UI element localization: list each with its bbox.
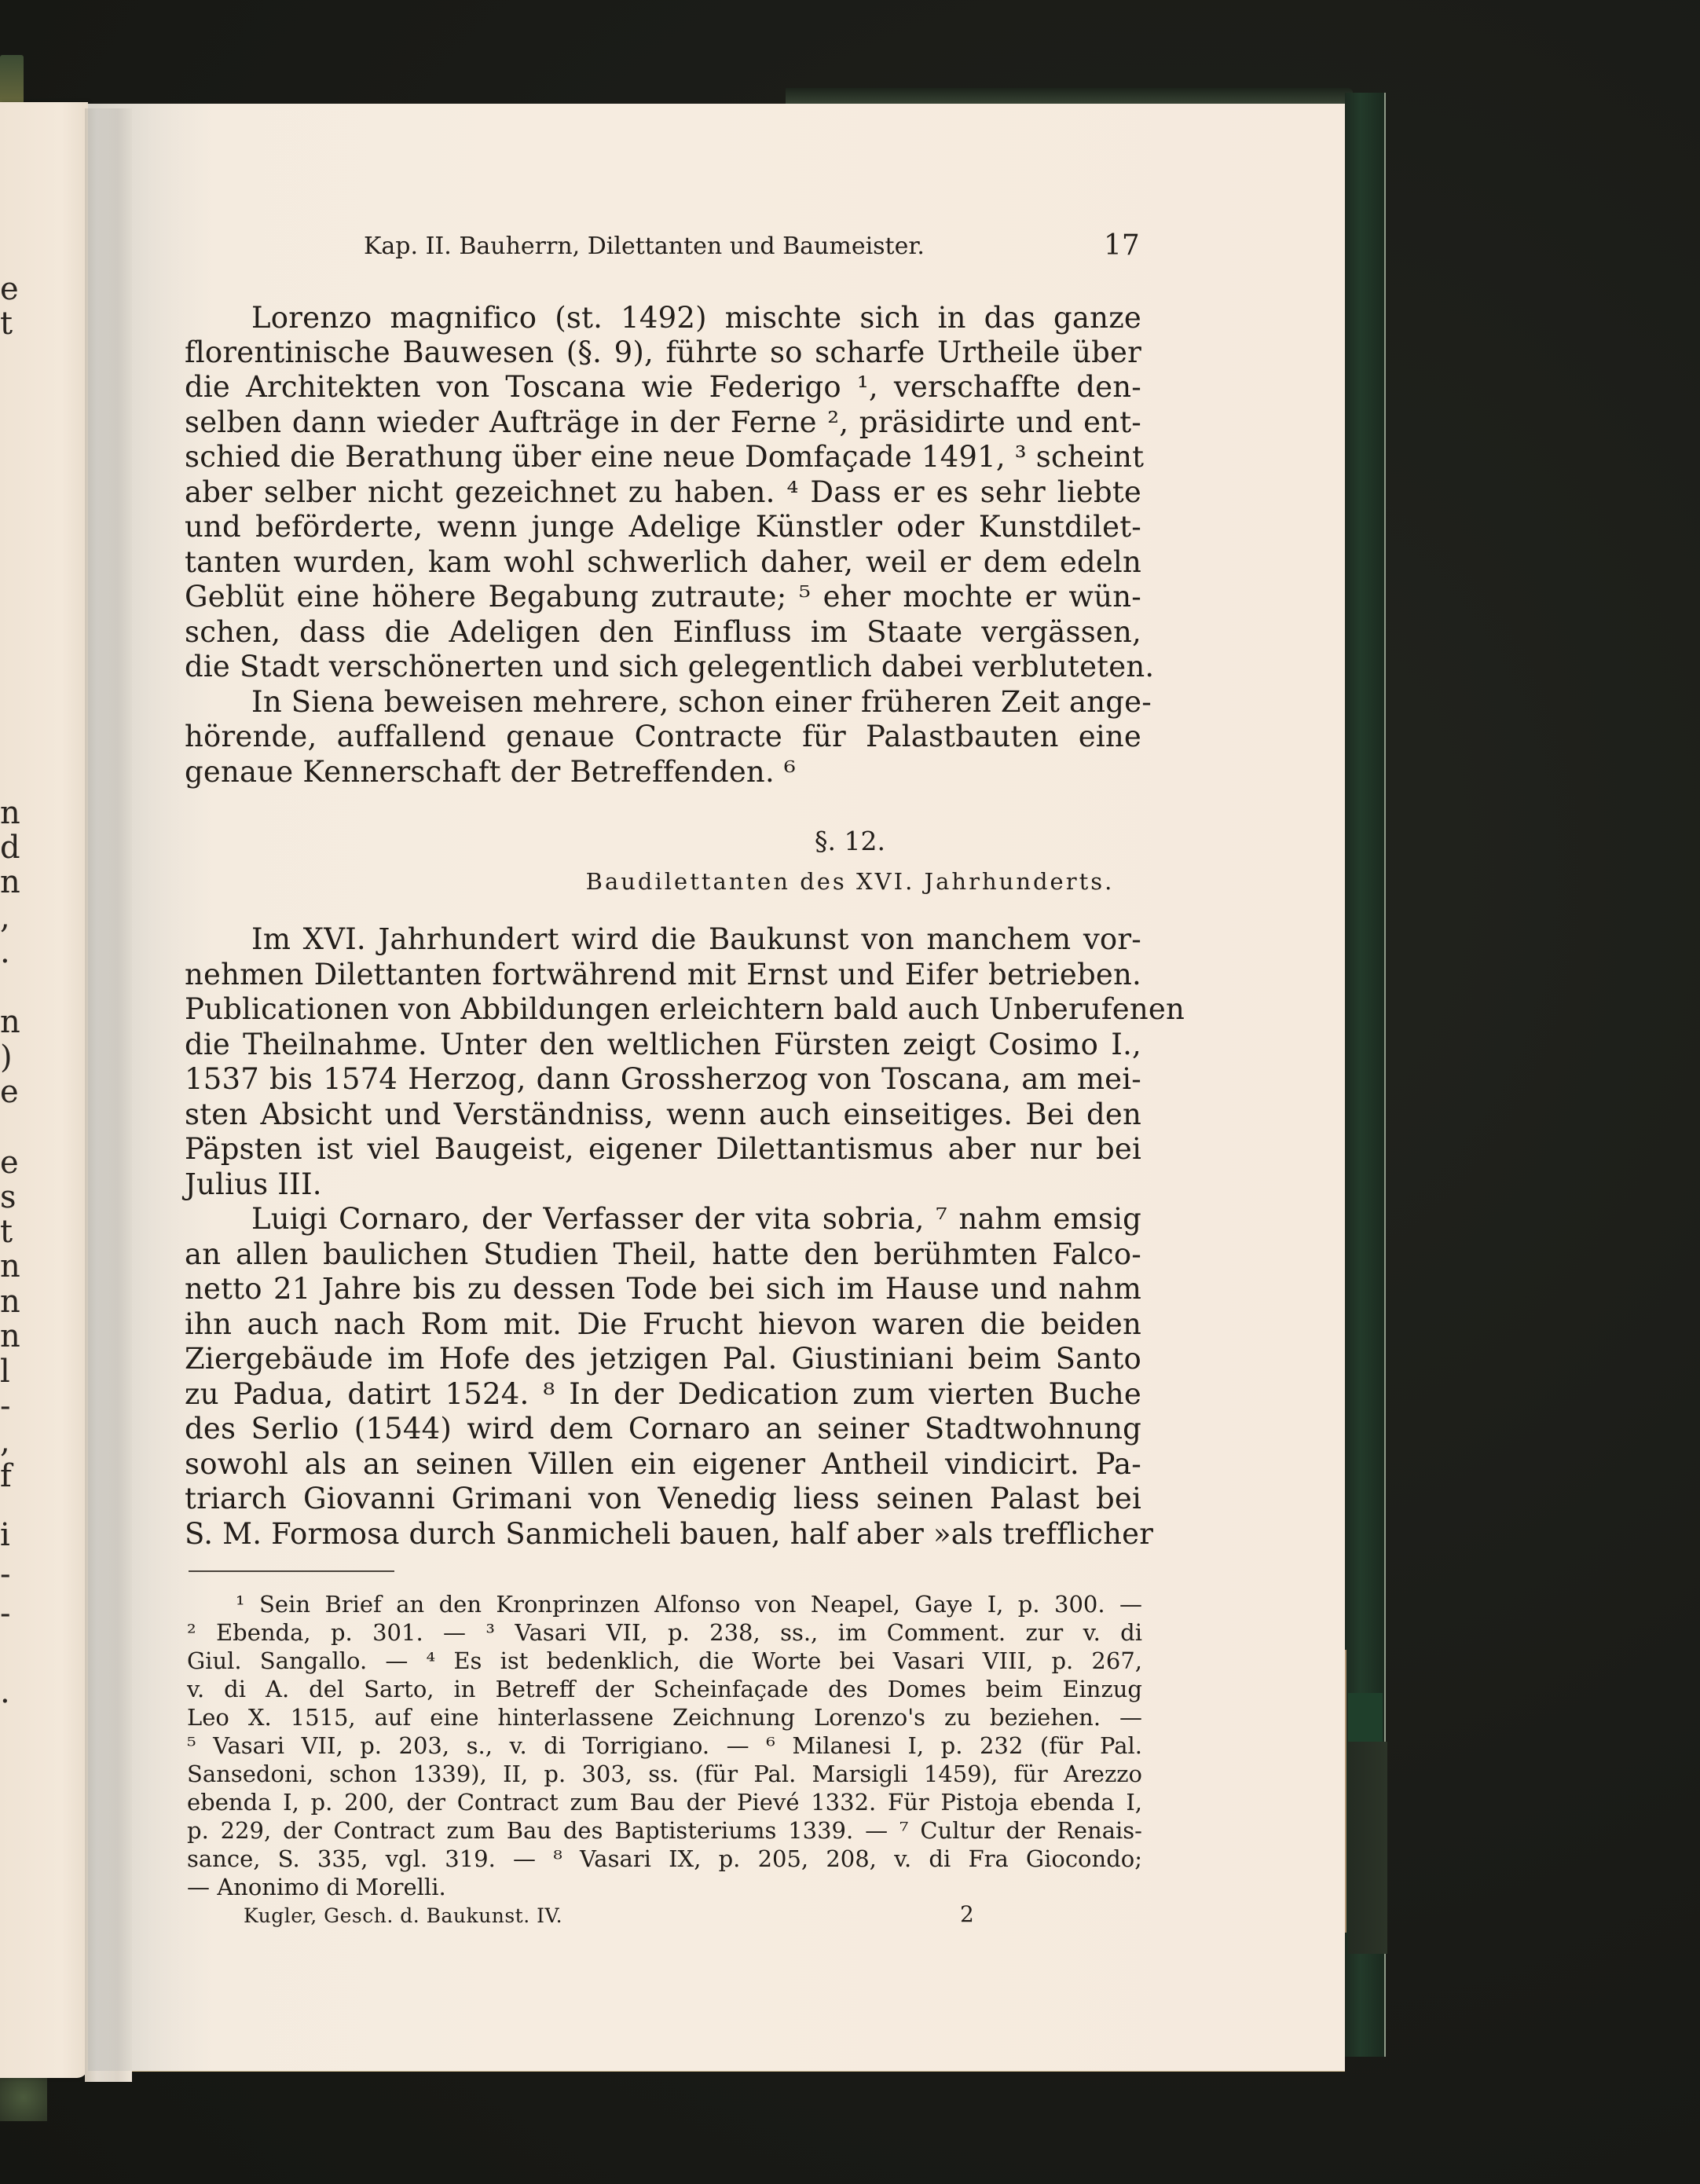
body-line: netto 21 Jahre bis zu dessen Tode bei si…	[185, 1272, 1141, 1306]
left-page-fragment: ,	[0, 902, 10, 933]
footnote-line: ⁵ Vasari VII, p. 203, s., v. di Torrigia…	[187, 1732, 1142, 1759]
footnote-line: v. di A. del Sarto, in Betreff der Schei…	[187, 1676, 1142, 1702]
left-page-fragment: -	[0, 1598, 11, 1629]
left-page-fragment: )	[0, 1042, 13, 1073]
body-line: zu Padua, datirt 1524. ⁸ In der Dedicati…	[185, 1377, 1141, 1411]
book-cover-lower	[1348, 1742, 1387, 1954]
body-line: S. M. Formosa durch Sanmicheli bauen, ha…	[185, 1517, 1141, 1551]
left-page-fragment: n	[0, 1006, 20, 1038]
body-line: die Theilnahme. Unter den weltlichen Für…	[185, 1028, 1141, 1061]
sheet-signature-number: 2	[960, 1901, 974, 1927]
body-line: triarch Giovanni Grimani von Venedig lie…	[185, 1482, 1141, 1515]
body-line: Luigi Cornaro, der Verfasser der vita so…	[251, 1202, 1141, 1236]
body-line: sowohl als an seinen Villen ein eigener …	[185, 1447, 1141, 1481]
body-line: Ziergebäude im Hofe des jetzigen Pal. Gi…	[185, 1342, 1141, 1376]
body-line: schen, dass die Adeligen den Einfluss im…	[185, 615, 1141, 649]
body-line: selben dann wieder Aufträge in der Ferne…	[185, 405, 1141, 439]
left-page-fragment: n	[0, 1286, 20, 1317]
footnote-line: Giul. Sangallo. — ⁴ Es ist bedenklich, d…	[187, 1647, 1142, 1674]
body-line: genaue Kennerschaft der Betreffenden. ⁶	[185, 755, 1141, 789]
left-page-fragment: e	[0, 273, 19, 305]
footnote-line: ebenda I, p. 200, der Contract zum Bau d…	[187, 1789, 1142, 1816]
left-page-fragment: n	[0, 797, 20, 829]
printer-signature: Kugler, Gesch. d. Baukunst. IV.	[244, 1904, 562, 1927]
footnote-line: Sansedoni, schon 1339), II, p. 303, ss. …	[187, 1761, 1142, 1787]
body-line: Lorenzo magnifico (st. 1492) mischte sic…	[251, 301, 1141, 335]
left-page-fragment: .	[0, 936, 10, 968]
left-page-fragment: -	[0, 1559, 11, 1590]
footnote-line: sance, S. 335, vgl. 319. — ⁸ Vasari IX, …	[187, 1845, 1142, 1872]
book-cover-band	[1348, 1693, 1383, 1742]
footnote-line: — Anonimo di Morelli.	[187, 1874, 1142, 1900]
body-line: Publicationen von Abbildungen erleichter…	[185, 992, 1141, 1026]
footnote-line: Leo X. 1515, auf eine hinterlassene Zeic…	[187, 1704, 1142, 1731]
left-page-fragment: f	[0, 1460, 12, 1492]
body-line: Geblüt eine höhere Begabung zutraute; ⁵ …	[185, 580, 1141, 614]
body-line: aber selber nicht gezeichnet zu haben. ⁴…	[185, 475, 1141, 509]
body-line: tanten wurden, kam wohl schwerlich daher…	[185, 545, 1141, 579]
body-line: Päpsten ist viel Baugeist, eigener Dilet…	[185, 1132, 1141, 1166]
body-line: florentinische Bauwesen (§. 9), führte s…	[185, 335, 1141, 369]
body-line: nehmen Dilettanten fortwährend mit Ernst…	[185, 958, 1141, 991]
body-line: und beförderte, wenn junge Adelige Künst…	[185, 510, 1141, 544]
footnote-line: p. 229, der Contract zum Bau des Baptist…	[187, 1817, 1142, 1844]
left-page-fragment: ,	[0, 1426, 10, 1457]
body-line: Im XVI. Jahrhundert wird die Baukunst vo…	[251, 922, 1141, 956]
body-line: die Architekten von Toscana wie Federigo…	[185, 370, 1141, 404]
footnote-rule	[189, 1570, 394, 1572]
body-line: hörende, auffallend genaue Contracte für…	[185, 720, 1141, 753]
body-line: 1537 bis 1574 Herzog, dann Grossherzog v…	[185, 1062, 1141, 1096]
page-number: 17	[1104, 229, 1140, 262]
left-page-fragment: t	[0, 308, 13, 339]
left-page-fragment: e	[0, 1076, 19, 1108]
section-number: §. 12.	[0, 826, 1700, 856]
section-title: Baudilettanten des XVI. Jahrhunderts.	[0, 868, 1700, 895]
page-gutter	[85, 108, 132, 2082]
body-line: Julius III.	[185, 1167, 1141, 1201]
left-page-fragment: n	[0, 1251, 20, 1282]
left-cover-corner-bottom	[0, 2074, 47, 2121]
book-cover-top-edge	[786, 88, 1353, 105]
body-line: die Stadt verschönerten und sich gelegen…	[185, 650, 1141, 683]
body-line: sten Absicht und Verständniss, wenn auch…	[185, 1097, 1141, 1131]
previous-page-edge: e t n d n , . n ) e e s t n n n l - , f …	[0, 102, 88, 2078]
footnote-line: ¹ Sein Brief an den Kronprinzen Alfonso …	[236, 1591, 1142, 1618]
left-page-fragment: l	[0, 1356, 10, 1387]
body-line: des Serlio (1544) wird dem Cornaro an se…	[185, 1412, 1141, 1446]
left-page-fragment: s	[0, 1182, 16, 1213]
body-line: schied die Berathung über eine neue Domf…	[185, 440, 1141, 474]
body-line: In Siena beweisen mehrere, schon einer f…	[251, 685, 1141, 719]
left-page-fragment: .	[0, 1676, 10, 1708]
left-page-fragment: n	[0, 1321, 20, 1352]
left-page-fragment: -	[0, 1391, 11, 1422]
left-page-fragment: t	[0, 1216, 13, 1248]
running-head-title: Kap. II. Bauherrn, Dilettanten und Baume…	[364, 233, 925, 260]
body-line: an allen baulichen Studien Theil, hatte …	[185, 1237, 1141, 1271]
body-line: ihn auch nach Rom mit. Die Frucht hievon…	[185, 1307, 1141, 1341]
left-page-fragment: e	[0, 1147, 19, 1178]
left-page-fragment: i	[0, 1519, 10, 1551]
footnote-line: ² Ebenda, p. 301. — ³ Vasari VII, p. 238…	[187, 1619, 1142, 1646]
